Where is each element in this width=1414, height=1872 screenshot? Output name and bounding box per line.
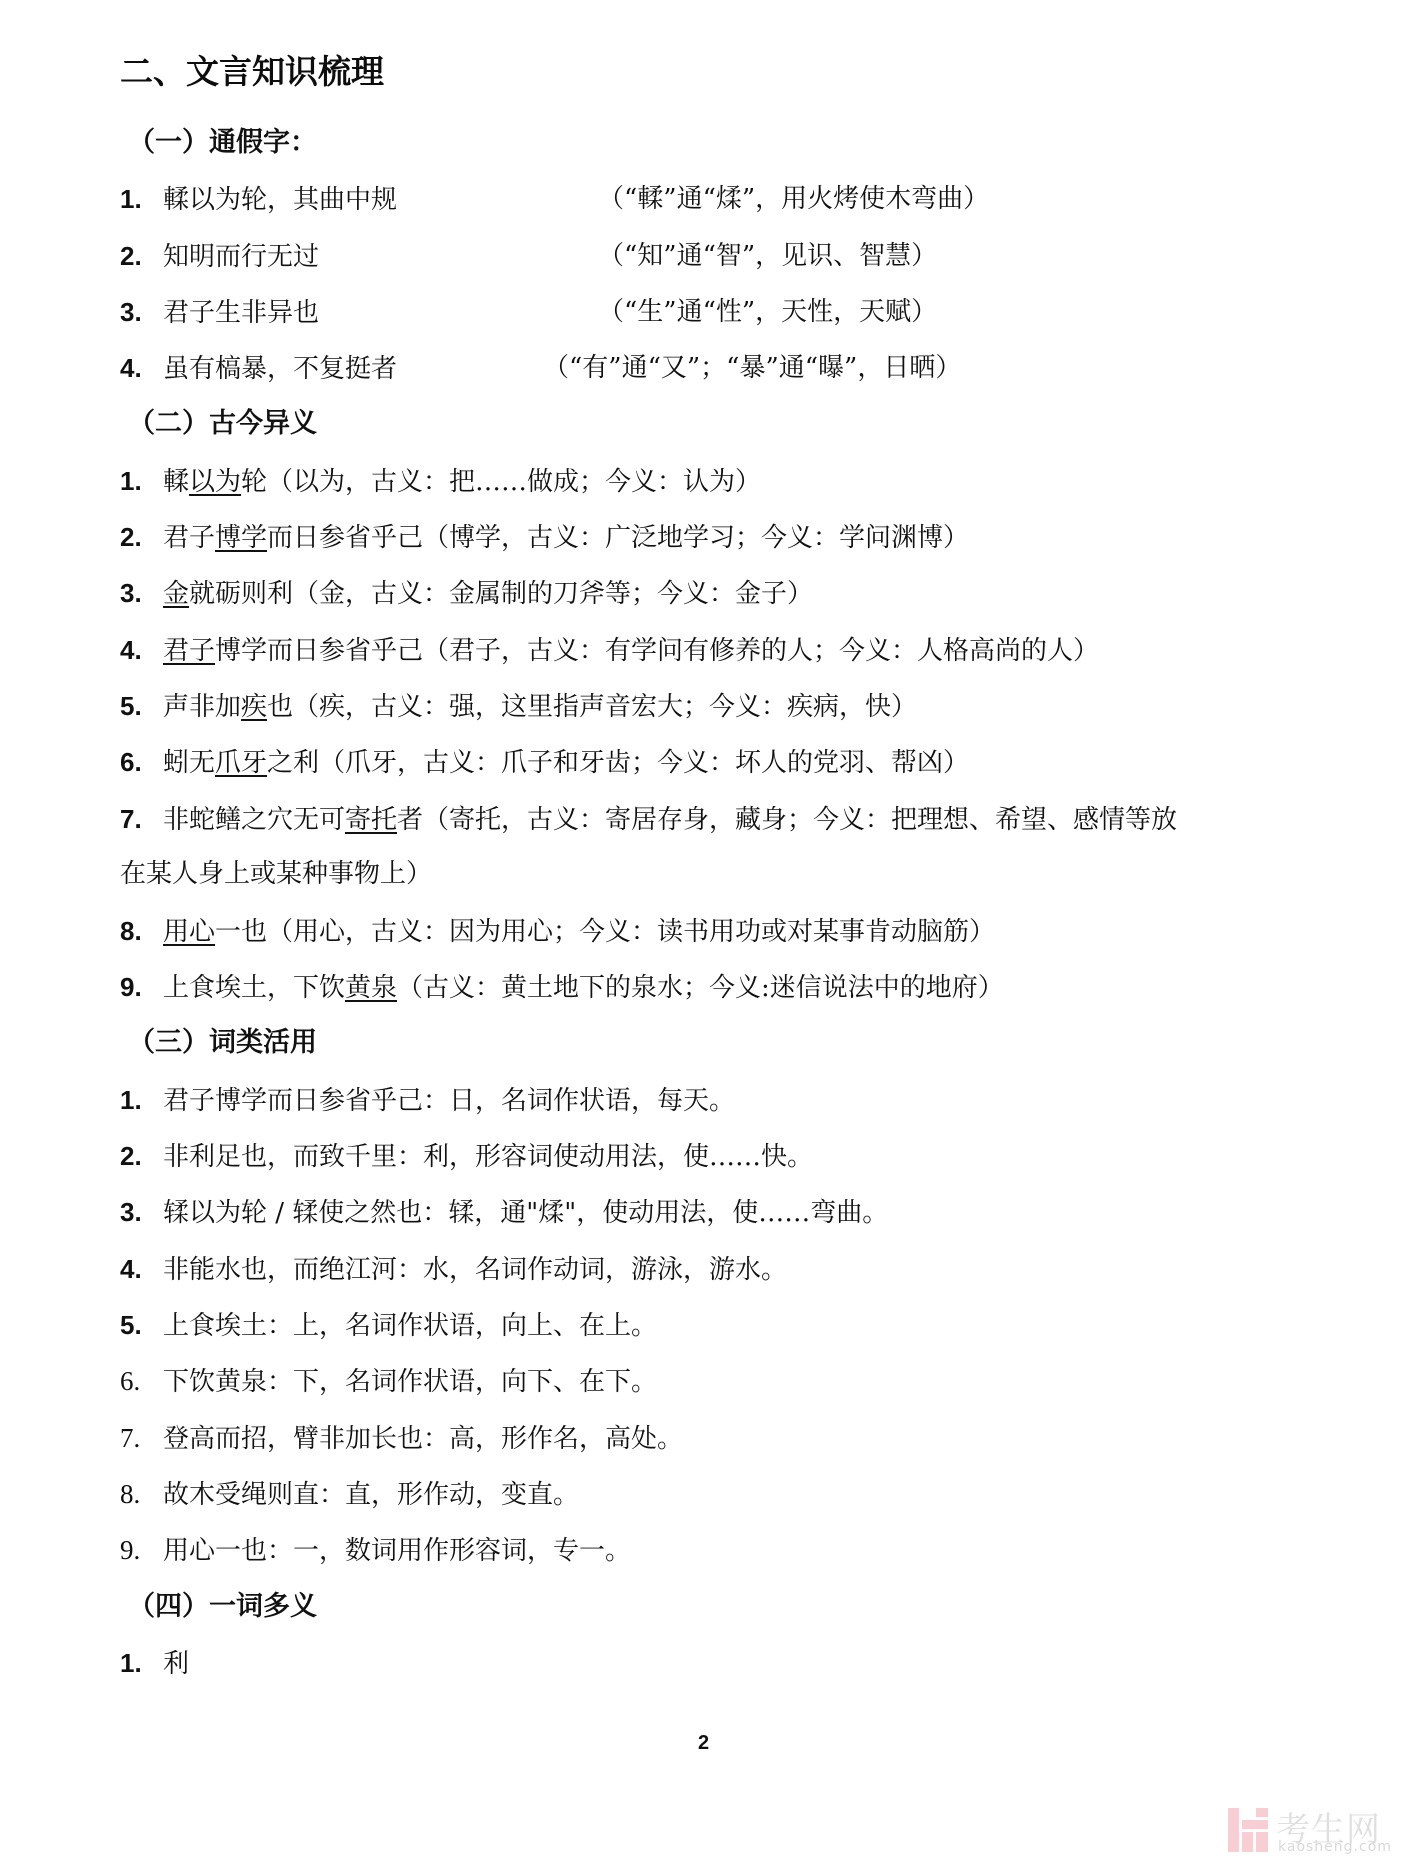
item-text: 故木受绳则直：直，形作动，变直。 [163,1480,579,1510]
brand-logo-icon [1228,1808,1268,1852]
item-number: 2. [120,1136,163,1176]
item-note: （“有”通“又”；“暴”通“曝”，日晒） [543,348,961,388]
item-text-post: 就砺则利（金，古义：金属制的刀斧等；今义：金子） [189,579,813,609]
section-heading-yicíduoyi: （四）一词多义 [128,1587,317,1627]
item-text-pre: 上食埃土，下饮 [163,973,345,1003]
item-text-pre: 声非加 [163,692,241,722]
item-text-post: 之利（爪牙，古义：爪子和牙齿；今义：坏人的党羽、帮凶） [267,748,969,778]
list-item: 2.君子博学而日参省乎己（博学，古义：广泛地学习；今义：学问渊博） [120,517,969,558]
list-item: 2.知明而行无过 [120,236,319,277]
list-item: 7.非蛇鳝之穴无可寄托者（寄托，古义：寄居存身，藏身；今义：把理想、希望、感情等… [120,799,1177,840]
item-number: 3. [120,573,163,613]
item-text: 利 [163,1649,189,1679]
item-text: 虽有槁暴，不复挺者 [163,354,397,384]
item-note: （“輮”通“煣”，用火烤使木弯曲） [598,179,989,219]
item-number: 8. [120,911,163,951]
underlined-term: 金 [163,579,189,609]
list-item: 3.君子生非异也 [120,292,319,333]
underlined-term: 以为 [189,467,241,497]
item-text-post: 也（疾，古义：强，这里指声音宏大；今义：疾病，快） [267,692,917,722]
item-number: 4. [120,630,163,670]
item-number: 5. [120,1305,163,1345]
item-text-post: （古义：黄土地下的泉水；今义:迷信说法中的地府） [397,973,1004,1003]
section-heading-cileihuoyong: （三）词类活用 [128,1023,317,1063]
list-item: 1.輮以为轮（以为，古义：把……做成；今义：认为） [120,461,761,502]
list-item: 5.上食埃土：上，名词作状语，向上、在上。 [120,1305,657,1346]
item-text: 上食埃土：上，名词作状语，向上、在上。 [163,1311,657,1341]
item-text-post: 者（寄托，古义：寄居存身，藏身；今义：把理想、希望、感情等放 [397,805,1177,835]
item-text: 知明而行无过 [163,242,319,272]
item-text: 君子生非异也 [163,298,319,328]
watermark-domain: kaosheng.com [1278,1839,1392,1855]
item-number: 6. [120,1361,163,1401]
underlined-term: 用心 [163,917,215,947]
item-text-pre: 蚓无 [163,748,215,778]
list-item: 8.用心一也（用心，古义：因为用心；今义：读书用功或对某事肯动脑筋） [120,911,995,952]
item-note: （“生”通“性”，天性，天赋） [598,292,937,332]
list-item: 1.利 [120,1643,189,1684]
item-number: 2. [120,236,163,276]
item-note: （“知”通“智”，见识、智慧） [598,236,937,276]
underlined-term: 寄托 [345,805,397,835]
item-text: 用心一也：一，数词用作形容词，专一。 [163,1536,631,1566]
underlined-term: 疾 [241,692,267,722]
item-text-post: 博学而日参省乎己（君子，古义：有学问有修养的人；今义：人格高尚的人） [215,636,1099,666]
list-item: 9.用心一也：一，数词用作形容词，专一。 [120,1530,631,1571]
item-number: 2. [120,517,163,557]
underlined-term: 君子 [163,636,215,666]
item-text-pre: 非蛇鳝之穴无可 [163,805,345,835]
underlined-term: 博学 [215,523,267,553]
item-number: 1. [120,1080,163,1120]
item-continuation: 在某人身上或某种事物上） [120,854,432,894]
item-text: 𫐓以为轮 / 𫐓使之然也：𫐓，通"煣"，使动用法，使……弯曲。 [163,1198,888,1228]
list-item: 7.登高而招，臂非加长也：高，形作名，高处。 [120,1418,683,1459]
item-text: 登高而招，臂非加长也：高，形作名，高处。 [163,1424,683,1454]
item-number: 8. [120,1474,163,1514]
item-text-post: 一也（用心，古义：因为用心；今义：读书用功或对某事肯动脑筋） [215,917,995,947]
underlined-term: 爪牙 [215,748,267,778]
item-number: 3. [120,1192,163,1232]
item-number: 5. [120,686,163,726]
list-item: 9.上食埃土，下饮黄泉（古义：黄土地下的泉水；今义:迷信说法中的地府） [120,967,1004,1008]
list-item: 3.𫐓以为轮 / 𫐓使之然也：𫐓，通"煣"，使动用法，使……弯曲。 [120,1192,888,1233]
item-number: 7. [120,1418,163,1458]
item-text: 非能水也，而绝江河：水，名词作动词，游泳，游水。 [163,1255,787,1285]
list-item: 2.非利足也，而致千里：利，形容词使动用法，使……快。 [120,1136,813,1177]
list-item: 6.下饮黄泉：下，名词作状语，向下、在下。 [120,1361,657,1402]
item-text-pre: 輮 [163,467,189,497]
item-number: 7. [120,799,163,839]
watermark: 考生网 kaosheng.com [1228,1806,1408,1856]
item-number: 6. [120,742,163,782]
page-number: 2 [698,1732,709,1755]
item-number: 1. [120,1643,163,1683]
list-item: 4.君子博学而日参省乎己（君子，古义：有学问有修养的人；今义：人格高尚的人） [120,630,1099,671]
list-item: 4.非能水也，而绝江河：水，名词作动词，游泳，游水。 [120,1249,787,1290]
list-item: 4.虽有槁暴，不复挺者 [120,348,397,389]
item-number: 1. [120,179,163,219]
list-item: 6.蚓无爪牙之利（爪牙，古义：爪子和牙齿；今义：坏人的党羽、帮凶） [120,742,969,783]
underlined-term: 黄泉 [345,973,397,1003]
list-item: 3.金就砺则利（金，古义：金属制的刀斧等；今义：金子） [120,573,813,614]
item-text: 君子博学而日参省乎己：日，名词作状语，每天。 [163,1086,735,1116]
item-number: 4. [120,348,163,388]
item-text-post: 轮（以为，古义：把……做成；今义：认为） [241,467,761,497]
list-item: 1.輮以为轮，其曲中规 [120,179,397,220]
item-number: 1. [120,461,163,501]
item-text-pre: 君子 [163,523,215,553]
section-heading-tongjiazi: （一）通假字： [128,123,317,163]
list-item: 5.声非加疾也（疾，古义：强，这里指声音宏大；今义：疾病，快） [120,686,917,727]
item-number: 4. [120,1249,163,1289]
page-title: 二、文言知识梳理 [120,48,384,96]
item-text-post: 而日参省乎己（博学，古义：广泛地学习；今义：学问渊博） [267,523,969,553]
list-item: 8.故木受绳则直：直，形作动，变直。 [120,1474,579,1515]
item-text: 下饮黄泉：下，名词作状语，向下、在下。 [163,1367,657,1397]
list-item: 1.君子博学而日参省乎己：日，名词作状语，每天。 [120,1080,735,1121]
item-number: 9. [120,967,163,1007]
section-heading-gujinyiyi: （二）古今异义 [128,404,317,444]
item-text: 非利足也，而致千里：利，形容词使动用法，使……快。 [163,1142,813,1172]
item-number: 3. [120,292,163,332]
item-text: 輮以为轮，其曲中规 [163,185,397,215]
item-number: 9. [120,1530,163,1570]
